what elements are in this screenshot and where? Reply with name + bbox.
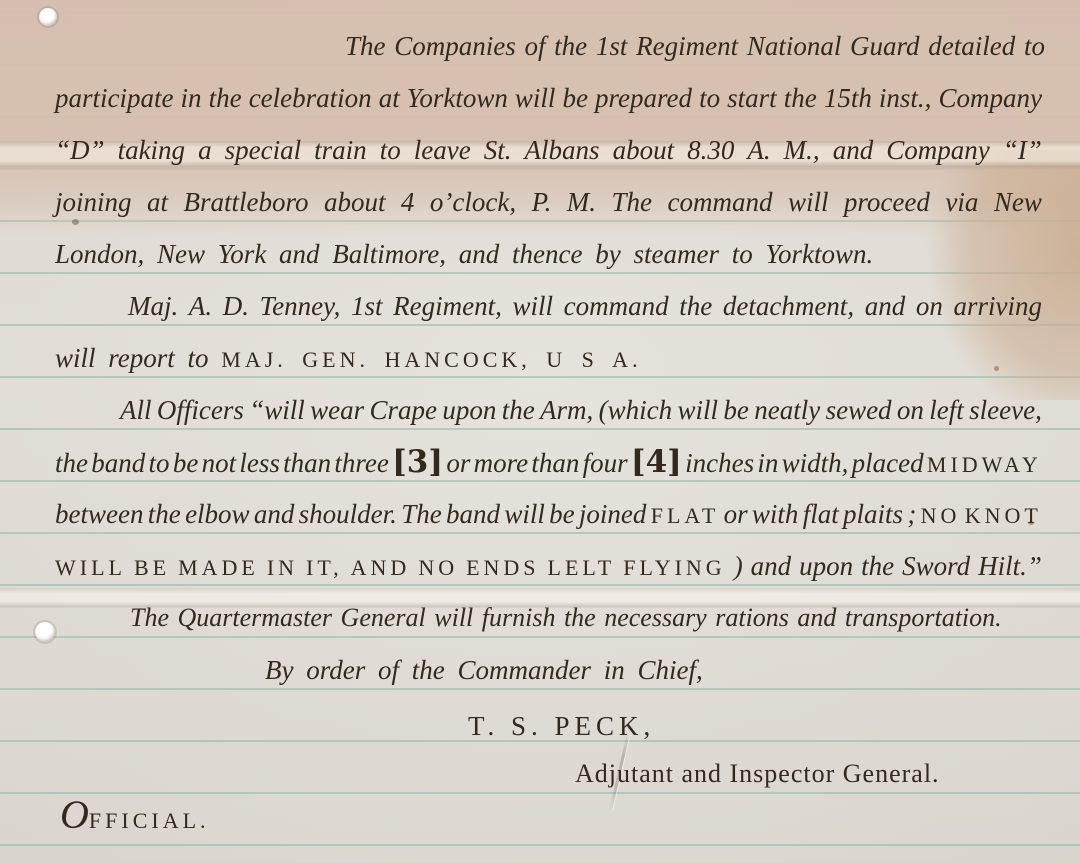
- text-run: The: [345, 23, 386, 69]
- text-run: width,: [782, 440, 849, 486]
- text-run: train: [314, 127, 367, 173]
- text-line-11: WILLBEMADEINIT,ANDNOENDSLELTFLYING)andup…: [55, 543, 1042, 589]
- text-run: A.: [189, 283, 212, 329]
- text-line-3: “D”takingaspecialtraintoleaveSt.Albansab…: [55, 127, 1042, 173]
- punch-hole: [35, 622, 55, 642]
- text-run: elbow: [185, 491, 250, 537]
- text-run: 15th: [824, 75, 872, 121]
- text-run: (which: [599, 387, 673, 433]
- text-run: special: [225, 127, 301, 173]
- text-run: A.: [747, 127, 770, 173]
- text-run: with: [752, 491, 799, 537]
- text-run: command: [667, 179, 772, 225]
- text-run: taking: [118, 127, 186, 173]
- text-run: New: [994, 179, 1042, 225]
- text-run: 8.30: [687, 127, 734, 173]
- text-run: in: [757, 440, 778, 486]
- text-run: 1st: [596, 23, 628, 69]
- text-run: on: [916, 283, 943, 329]
- text-run: at: [379, 75, 400, 121]
- ruled-line: [0, 844, 1080, 846]
- text-run: sleeve,: [969, 387, 1042, 433]
- text-run: KNOT: [965, 493, 1042, 539]
- text-run: Companies: [394, 23, 516, 69]
- text-run: IN: [267, 545, 298, 591]
- text-line-13: By order of the Commander in Chief,: [265, 647, 703, 693]
- text-run: command: [564, 283, 669, 329]
- text-run: D.: [223, 283, 249, 329]
- text-run: detailed: [928, 23, 1015, 69]
- text-run: to: [380, 127, 401, 173]
- text-run: AND: [351, 545, 411, 591]
- text-run: the: [861, 543, 894, 589]
- text-run: The Quartermaster General will furnish t…: [130, 603, 1002, 632]
- text-run: three: [334, 440, 388, 486]
- text-line-4: joiningatBrattleboroabout4o’clock,P.M.Th…: [55, 179, 1042, 225]
- text-run: proceed: [844, 179, 930, 225]
- text-run: band: [446, 491, 500, 537]
- text-run: about: [613, 127, 675, 173]
- text-run: will: [504, 491, 545, 537]
- text-run: be: [723, 387, 748, 433]
- text-line-15: Adjutant and Inspector General.: [575, 750, 940, 796]
- text-run: [4]: [631, 439, 682, 485]
- text-run: Regiment: [636, 23, 738, 69]
- text-run: between: [55, 491, 143, 537]
- text-run: the: [554, 23, 587, 69]
- text-run: will: [788, 179, 829, 225]
- letter-scan: TheCompaniesofthe1stRegimentNationalGuar…: [0, 0, 1080, 863]
- text-run: to: [1024, 23, 1045, 69]
- text-run: wear: [310, 387, 364, 433]
- text-run: or: [724, 491, 748, 537]
- text-run: FLYING: [623, 545, 725, 591]
- text-run: a: [198, 127, 212, 173]
- text-run: shoulder.: [299, 491, 397, 537]
- text-line-16: OFFICIAL.: [60, 792, 210, 838]
- text-run: [3]: [392, 439, 443, 485]
- text-line-12: The Quartermaster General will furnish t…: [130, 595, 1002, 641]
- text-run: NO: [418, 545, 458, 591]
- text-run: band: [91, 440, 145, 486]
- text-run: than: [531, 440, 579, 486]
- text-run: neatly: [754, 387, 820, 433]
- text-run: placed: [852, 440, 924, 486]
- text-run: of: [524, 23, 545, 69]
- text-run: inst.,: [879, 75, 932, 121]
- stain-speck: [994, 366, 999, 371]
- text-run: start: [727, 75, 777, 121]
- text-line-8: AllOfficers“willwearCrapeupontheArm,(whi…: [120, 387, 1042, 433]
- text-run: Crape: [369, 387, 437, 433]
- text-run: WILL: [55, 545, 126, 591]
- text-run: in: [181, 75, 202, 121]
- text-run: left: [929, 387, 964, 433]
- text-run: BE: [134, 545, 170, 591]
- text-line-10: betweentheelbowandshoulder.Thebandwillbe…: [55, 491, 1042, 537]
- text-run: to: [149, 440, 170, 486]
- text-run: less: [239, 440, 280, 486]
- text-run: Albans: [525, 127, 600, 173]
- text-run: or: [446, 440, 470, 486]
- text-run: The: [612, 179, 653, 225]
- text-run: will: [678, 387, 719, 433]
- text-run: ): [734, 543, 743, 589]
- text-run: MAJ. GEN. HANCOCK, U S A.: [221, 347, 641, 372]
- text-run: Officers: [157, 387, 244, 433]
- text-line-5: London, New York and Baltimore, and then…: [55, 231, 873, 277]
- text-run: four: [583, 440, 628, 486]
- text-run: to: [699, 75, 720, 121]
- text-run: the: [679, 283, 712, 329]
- text-run: will: [515, 75, 556, 121]
- text-run: more: [474, 440, 529, 486]
- text-run: 1st: [351, 283, 383, 329]
- text-run: than: [283, 440, 331, 486]
- text-run: arriving: [953, 283, 1042, 329]
- text-run: and: [254, 491, 295, 537]
- text-run: Hilt.”: [978, 543, 1042, 589]
- text-run: Maj.: [128, 283, 178, 329]
- text-run: not: [202, 440, 237, 486]
- text-run: “will: [249, 387, 305, 433]
- text-run: ENDS: [466, 545, 539, 591]
- text-run: NO: [921, 493, 961, 539]
- text-run: P.: [532, 179, 552, 225]
- text-run: flat: [803, 491, 839, 537]
- text-run: joining: [55, 179, 132, 225]
- text-run: prepared: [595, 75, 692, 121]
- text-run: National: [747, 23, 842, 69]
- text-line-7: will report to MAJ. GEN. HANCOCK, U S A.: [55, 335, 642, 381]
- text-run: detachment,: [723, 283, 854, 329]
- text-run: sewed: [826, 387, 892, 433]
- text-run: celebration: [249, 75, 372, 121]
- text-run: on: [897, 387, 924, 433]
- text-run: joined: [579, 491, 647, 537]
- text-run: “D”: [55, 127, 105, 173]
- text-run: upon: [442, 387, 496, 433]
- text-run: St.: [484, 127, 512, 173]
- text-run: Arm,: [540, 387, 593, 433]
- text-line-2: participateinthecelebrationatYorktownwil…: [55, 75, 1042, 121]
- text-run: The: [401, 491, 442, 537]
- text-run: be: [173, 440, 198, 486]
- text-run: plaits: [843, 491, 903, 537]
- text-run: Guard: [850, 23, 920, 69]
- text-run: Sword: [902, 543, 970, 589]
- text-line-9: thebandtobenotlessthanthree[3]ormorethan…: [55, 439, 1042, 485]
- text-run: the: [784, 75, 817, 121]
- text-run: the: [502, 387, 535, 433]
- text-line-1: TheCompaniesofthe1stRegimentNationalGuar…: [345, 23, 1045, 69]
- text-run: via: [945, 179, 978, 225]
- text-run: ;: [907, 491, 916, 537]
- text-run: Company: [938, 75, 1042, 121]
- text-run: the: [209, 75, 242, 121]
- text-run: All: [120, 387, 152, 433]
- text-run: Company: [886, 127, 990, 173]
- text-run: LELT: [548, 545, 616, 591]
- text-line-14: T. S. PECK,: [468, 703, 655, 749]
- text-run: about: [324, 179, 386, 225]
- text-run: MIDWAY: [927, 442, 1042, 488]
- text-run: IT,: [306, 545, 343, 591]
- text-run: Brattleboro: [183, 179, 308, 225]
- text-run: O: [60, 792, 89, 837]
- punch-hole: [39, 8, 57, 26]
- text-run: the: [55, 440, 88, 486]
- text-run: By order of the Commander in Chief,: [265, 655, 703, 685]
- text-run: M.,: [784, 127, 820, 173]
- text-run: be: [562, 75, 587, 121]
- text-run: o’clock,: [430, 179, 516, 225]
- text-run: Yorktown: [407, 75, 508, 121]
- text-run: T. S. PECK,: [468, 711, 655, 741]
- text-run: MADE: [178, 545, 259, 591]
- text-run: FLAT: [651, 493, 720, 539]
- text-run: Tenney,: [260, 283, 341, 329]
- text-run: M.: [567, 179, 596, 225]
- text-run: will report to: [55, 343, 221, 373]
- text-run: Regiment,: [393, 283, 502, 329]
- text-run: leave: [414, 127, 471, 173]
- text-line-6: Maj.A.D.Tenney,1stRegiment,willcommandth…: [128, 283, 1042, 329]
- text-run: 4: [401, 179, 415, 225]
- text-run: and: [751, 543, 792, 589]
- text-run: Adjutant and Inspector General.: [575, 759, 940, 788]
- text-run: participate: [55, 75, 173, 121]
- text-run: at: [147, 179, 168, 225]
- text-run: inches: [685, 440, 754, 486]
- text-run: the: [148, 491, 181, 537]
- text-run: and: [865, 283, 906, 329]
- text-run: FFICIAL.: [89, 808, 210, 833]
- text-run: London, New York and Baltimore, and then…: [55, 239, 873, 269]
- text-run: upon: [799, 543, 853, 589]
- text-run: will: [512, 283, 553, 329]
- text-run: and: [833, 127, 874, 173]
- text-run: be: [549, 491, 574, 537]
- text-run: “I”: [1003, 127, 1042, 173]
